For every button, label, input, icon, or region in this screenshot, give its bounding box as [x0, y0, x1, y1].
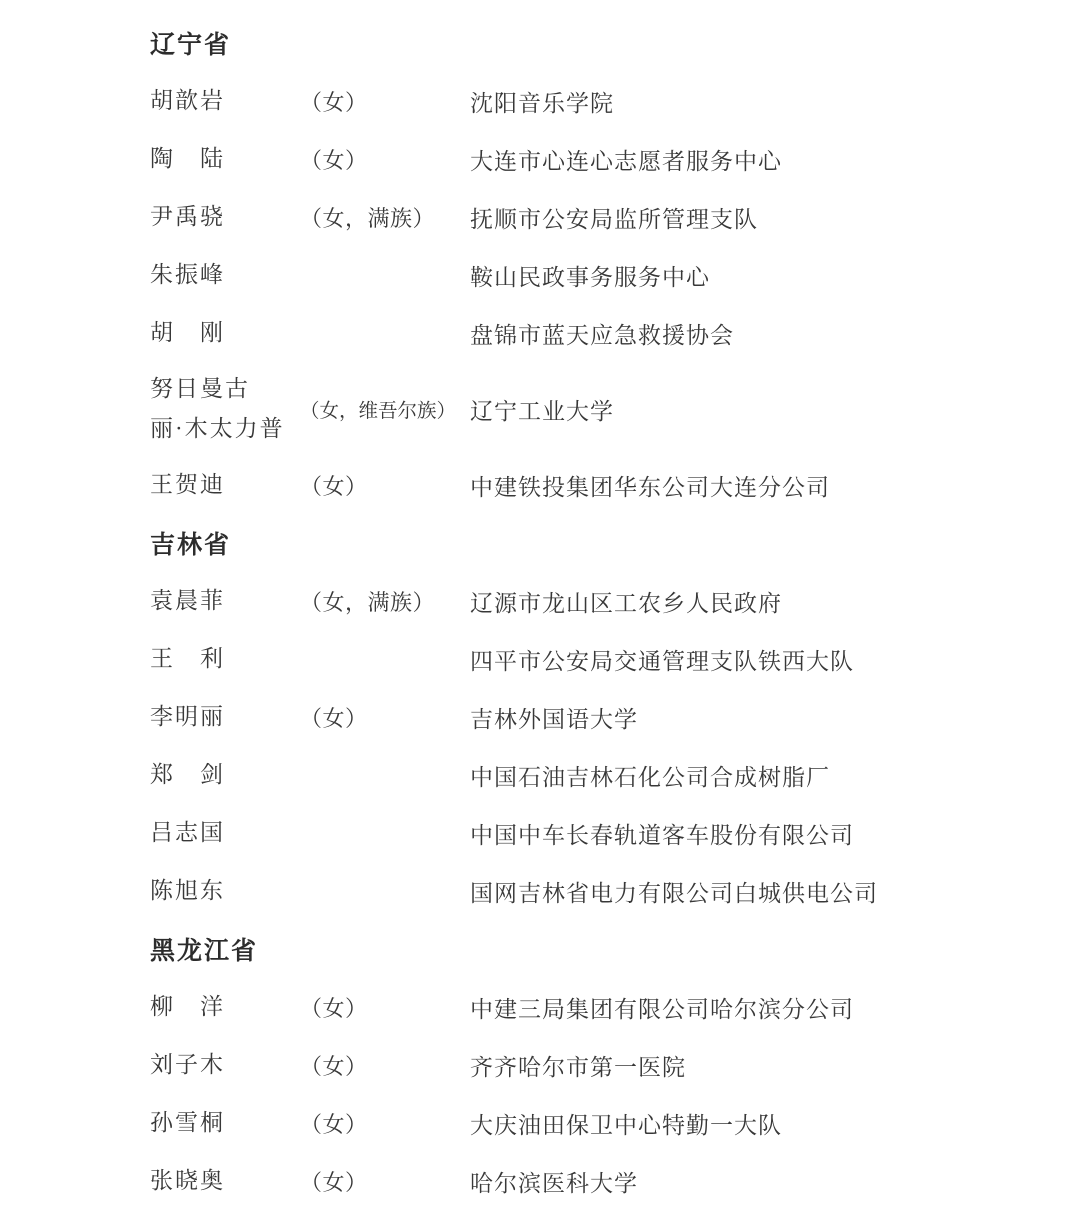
organization-name: 辽源市龙山区工农乡人民政府: [470, 585, 1040, 618]
organization-name: 大连市心连心志愿者服务中心: [470, 143, 1040, 176]
organization-name: 鞍山民政事务服务中心: [470, 259, 1040, 292]
gender-ethnicity-annotation: （女）: [300, 702, 470, 733]
organization-name: 国网吉林省电力有限公司白城供电公司: [470, 875, 1040, 908]
document-page: 辽宁省胡歆岩（女）沈阳音乐学院陶 陆（女）大连市心连心志愿者服务中心尹禹骁（女，…: [0, 0, 1080, 1223]
organization-name: 中国中车长春轨道客车股份有限公司: [470, 817, 1040, 850]
organization-name: 中建铁投集团华东公司大连分公司: [470, 469, 1040, 502]
person-name: 刘子木: [150, 1045, 300, 1085]
person-name: 李明丽: [150, 697, 300, 737]
organization-name: 沈阳音乐学院: [470, 85, 1040, 118]
list-item: 胡 刚盘锦市蓝天应急救援协会: [150, 304, 1040, 362]
person-name: 郑 剑: [150, 755, 300, 795]
gender-ethnicity-annotation: （女，维吾尔族）: [300, 395, 470, 423]
person-name: 朱振峰: [150, 255, 300, 295]
organization-name: 大庆油田保卫中心特勤一大队: [470, 1107, 1040, 1140]
gender-ethnicity-annotation: （女）: [300, 144, 470, 175]
province-header: 黑龙江省: [150, 920, 1040, 978]
gender-ethnicity-annotation: （女）: [300, 470, 470, 501]
list-item: 尹禹骁（女，满族）抚顺市公安局监所管理支队: [150, 188, 1040, 246]
recipient-list: 辽宁省胡歆岩（女）沈阳音乐学院陶 陆（女）大连市心连心志愿者服务中心尹禹骁（女，…: [150, 14, 1040, 1210]
list-item: 郑 剑中国石油吉林石化公司合成树脂厂: [150, 746, 1040, 804]
list-item: 陈旭东国网吉林省电力有限公司白城供电公司: [150, 862, 1040, 920]
province-header: 吉林省: [150, 514, 1040, 572]
person-name: 胡歆岩: [150, 81, 300, 121]
list-item: 胡歆岩（女）沈阳音乐学院: [150, 72, 1040, 130]
list-item: 吕志国中国中车长春轨道客车股份有限公司: [150, 804, 1040, 862]
organization-name: 盘锦市蓝天应急救援协会: [470, 317, 1040, 350]
person-name: 柳 洋: [150, 987, 300, 1027]
list-item: 朱振峰鞍山民政事务服务中心: [150, 246, 1040, 304]
person-name: 袁晨菲: [150, 581, 300, 621]
organization-name: 抚顺市公安局监所管理支队: [470, 201, 1040, 234]
list-item: 孙雪桐（女）大庆油田保卫中心特勤一大队: [150, 1094, 1040, 1152]
list-item: 陶 陆（女）大连市心连心志愿者服务中心: [150, 130, 1040, 188]
gender-ethnicity-annotation: （女，满族）: [300, 586, 470, 617]
gender-ethnicity-annotation: （女，满族）: [300, 202, 470, 233]
list-item: 王 利四平市公安局交通管理支队铁西大队: [150, 630, 1040, 688]
person-name: 陈旭东: [150, 871, 300, 911]
person-name: 胡 刚: [150, 313, 300, 353]
person-name: 王 利: [150, 639, 300, 679]
list-item: 张晓奥（女）哈尔滨医科大学: [150, 1152, 1040, 1210]
province-header: 辽宁省: [150, 14, 1040, 72]
organization-name: 哈尔滨医科大学: [470, 1165, 1040, 1198]
list-item: 袁晨菲（女，满族）辽源市龙山区工农乡人民政府: [150, 572, 1040, 630]
person-name: 王贺迪: [150, 465, 300, 505]
list-item: 李明丽（女）吉林外国语大学: [150, 688, 1040, 746]
gender-ethnicity-annotation: （女）: [300, 1166, 470, 1197]
organization-name: 中建三局集团有限公司哈尔滨分公司: [470, 991, 1040, 1024]
organization-name: 齐齐哈尔市第一医院: [470, 1049, 1040, 1082]
person-name: 孙雪桐: [150, 1103, 300, 1143]
gender-ethnicity-annotation: （女）: [300, 1050, 470, 1081]
organization-name: 吉林外国语大学: [470, 701, 1040, 734]
list-item: 王贺迪（女）中建铁投集团华东公司大连分公司: [150, 456, 1040, 514]
organization-name: 中国石油吉林石化公司合成树脂厂: [470, 759, 1040, 792]
gender-ethnicity-annotation: （女）: [300, 992, 470, 1023]
list-item: 刘子木（女）齐齐哈尔市第一医院: [150, 1036, 1040, 1094]
person-name: 努日曼古 丽·木太力普: [150, 369, 300, 450]
person-name: 张晓奥: [150, 1161, 300, 1201]
list-item: 柳 洋（女）中建三局集团有限公司哈尔滨分公司: [150, 978, 1040, 1036]
gender-ethnicity-annotation: （女）: [300, 1108, 470, 1139]
gender-ethnicity-annotation: （女）: [300, 86, 470, 117]
person-name: 陶 陆: [150, 139, 300, 179]
organization-name: 辽宁工业大学: [470, 393, 1040, 426]
person-name: 吕志国: [150, 813, 300, 853]
organization-name: 四平市公安局交通管理支队铁西大队: [470, 643, 1040, 676]
list-item: 努日曼古 丽·木太力普（女，维吾尔族）辽宁工业大学: [150, 362, 1040, 456]
person-name: 尹禹骁: [150, 197, 300, 237]
